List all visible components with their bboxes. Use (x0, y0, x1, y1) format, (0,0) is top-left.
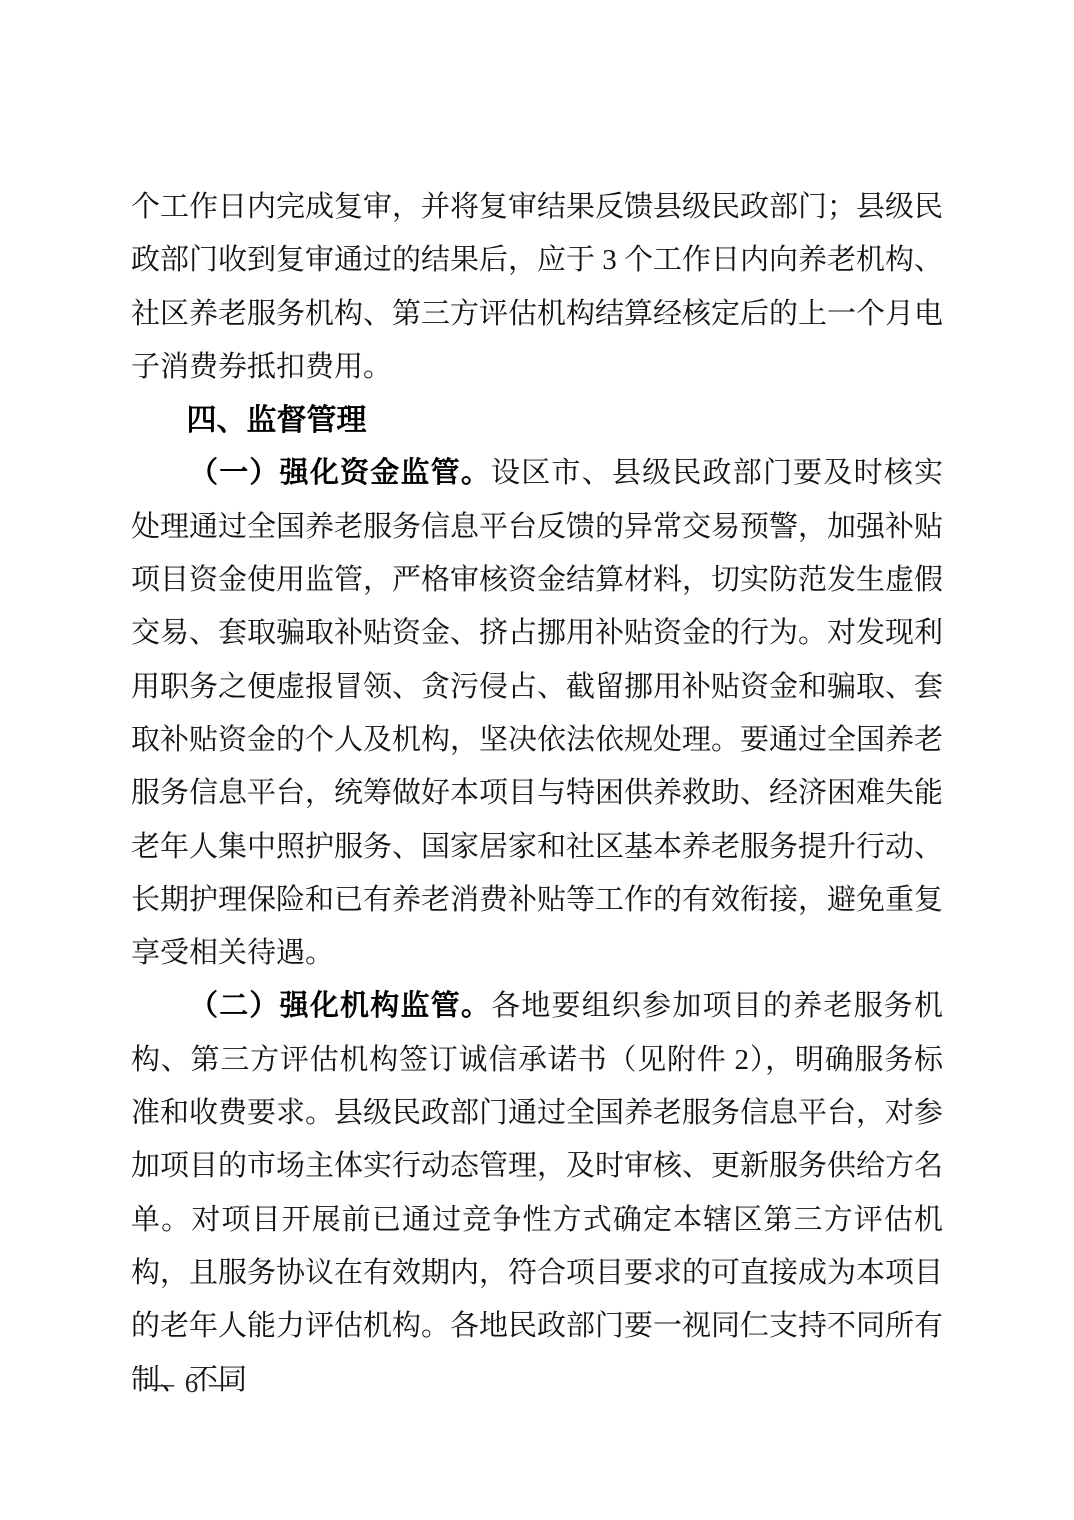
section-heading-supervision: 四、监督管理 (131, 394, 943, 447)
paragraph-org-supervision: （二）强化机构监管。各地要组织参加项目的养老服务机构、第三方评估机构签订诚信承诺… (131, 980, 943, 1406)
paragraph-fund-supervision-text: 设区市、县级民政部门要及时核实处理通过全国养老服务信息平台反馈的异常交易预警，加… (131, 457, 943, 969)
page-number: — 6 — (147, 1366, 238, 1400)
document-page: 个工作日内完成复审，并将复审结果反馈县级民政部门；县级民政部门收到复审通过的结果… (0, 0, 1074, 1520)
document-body: 个工作日内完成复审，并将复审结果反馈县级民政部门；县级民政部门收到复审通过的结果… (131, 181, 943, 1407)
paragraph-fund-supervision-lead: （一）强化资金监管。 (189, 457, 491, 489)
paragraph-org-supervision-text: 各地要组织参加项目的养老服务机构、第三方评估机构签订诚信承诺书（见附件 2），明… (131, 990, 943, 1395)
paragraph-continuation: 个工作日内完成复审，并将复审结果反馈县级民政部门；县级民政部门收到复审通过的结果… (131, 181, 943, 394)
paragraph-fund-supervision: （一）强化资金监管。设区市、县级民政部门要及时核实处理通过全国养老服务信息平台反… (131, 447, 943, 980)
paragraph-org-supervision-lead: （二）强化机构监管。 (189, 990, 491, 1022)
